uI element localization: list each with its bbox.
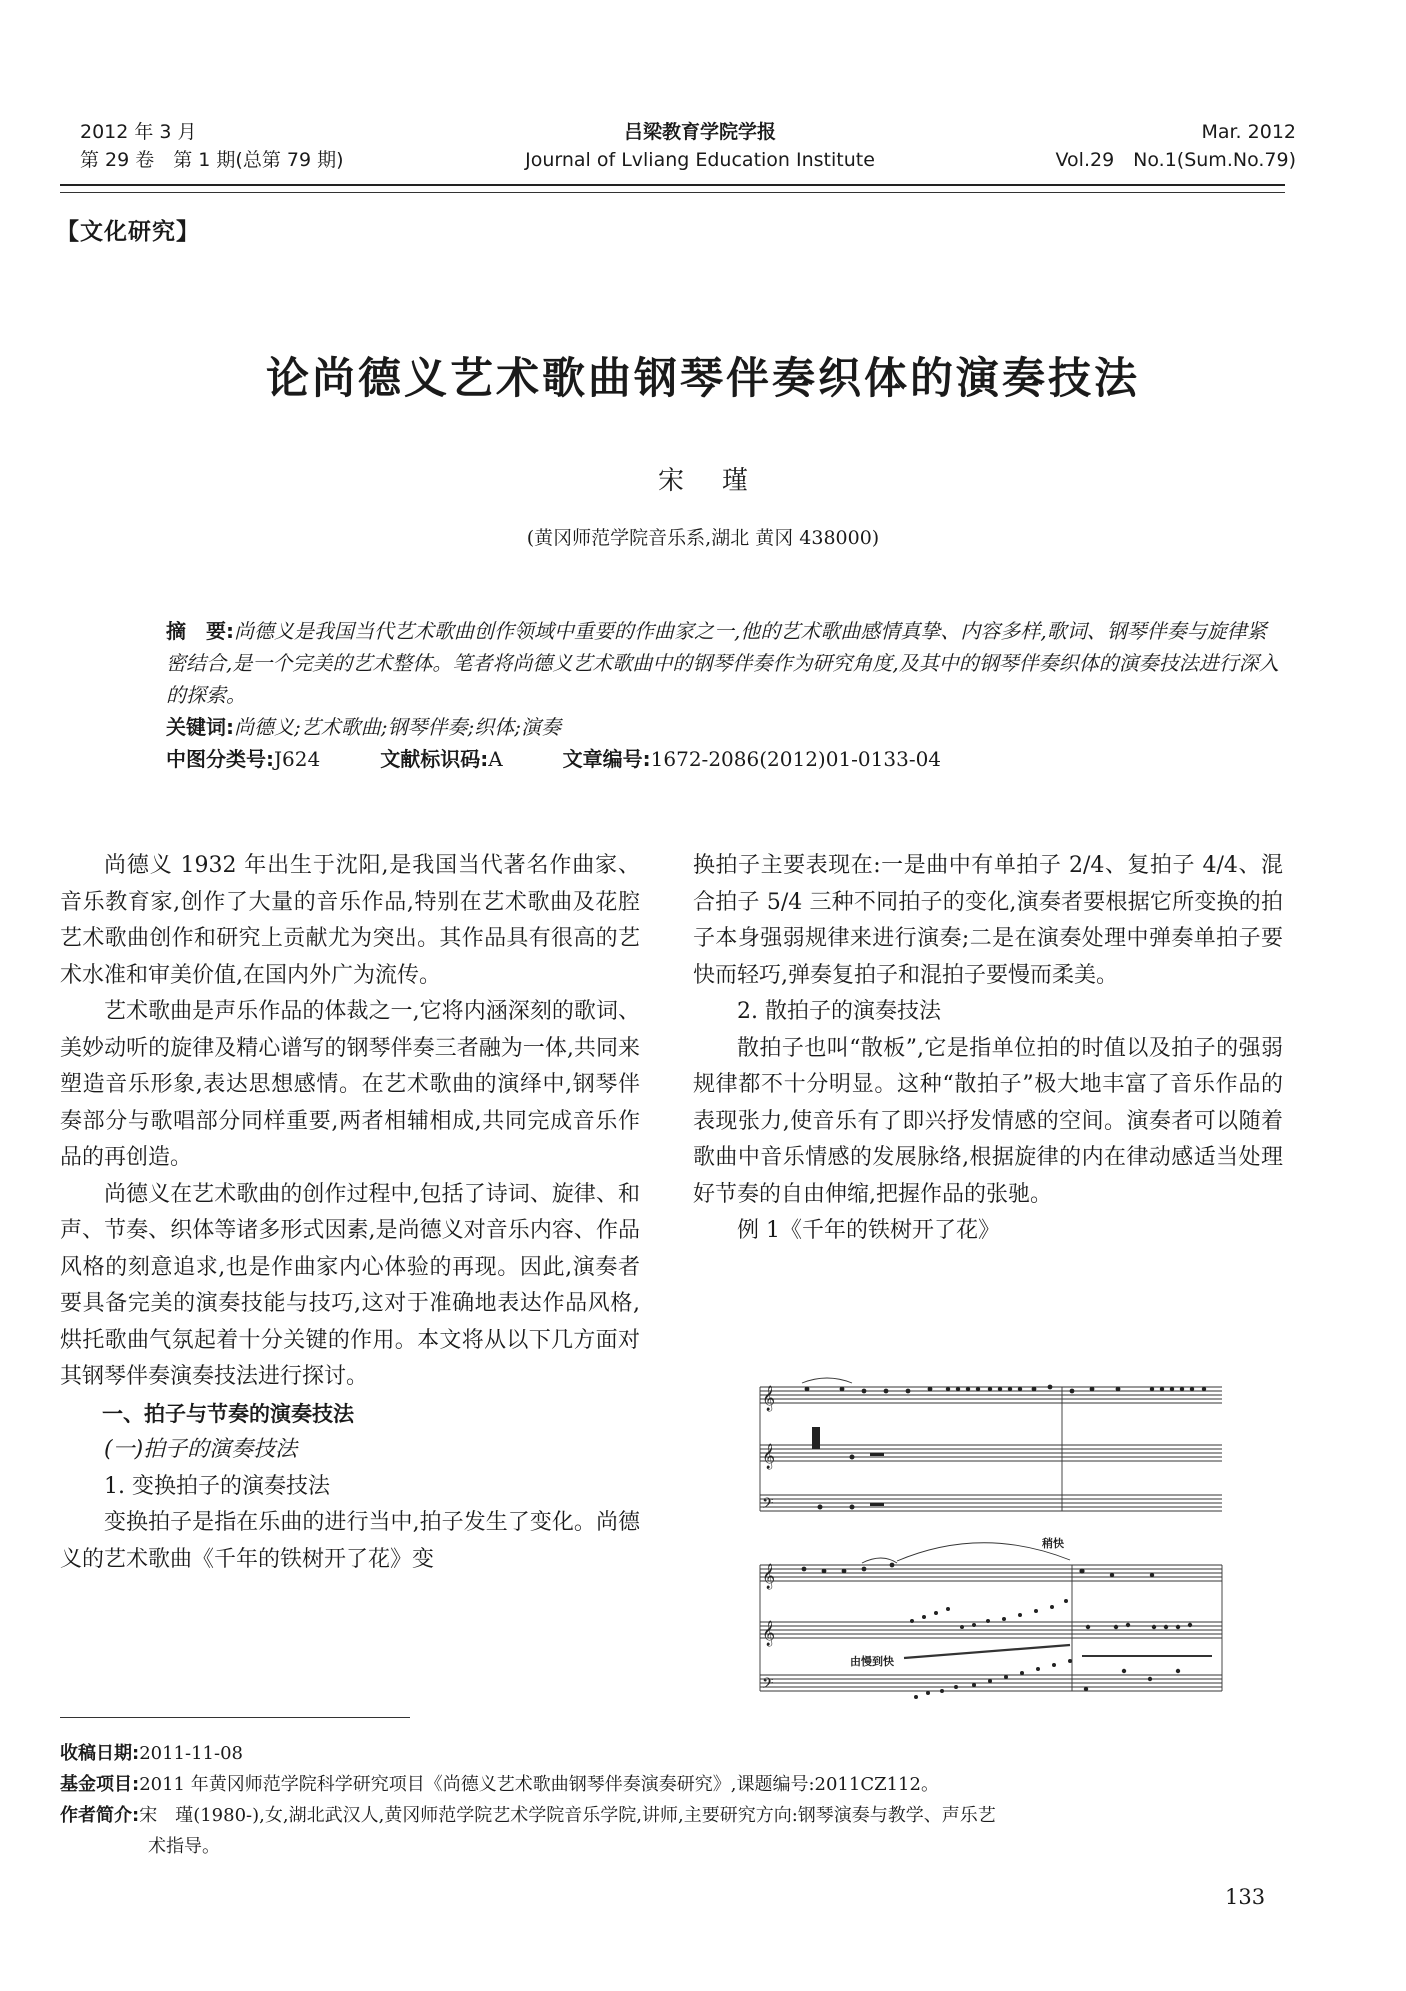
- svg-text:𝄢: 𝄢: [762, 1675, 774, 1696]
- section-heading-2: (一)拍子的演奏技法: [60, 1432, 640, 1469]
- paragraph: 换拍子主要表现在:一是曲中有单拍子 2/4、复拍子 4/4、混合拍子 5/4 三…: [693, 848, 1283, 994]
- clc-value: J624: [274, 747, 320, 771]
- paragraph: 散拍子也叫“散板”,它是指单位拍的时值以及拍子的强弱规律都不十分明显。这种“散拍…: [693, 1031, 1283, 1214]
- abstract-text: 尚德义是我国当代艺术歌曲创作领域中重要的作曲家之一,他的艺术歌曲感情真挚、内容多…: [166, 619, 1279, 707]
- section-tag: 【文化研究】: [56, 213, 200, 246]
- issue-date: 2012 年 3 月: [80, 118, 344, 146]
- journal-name-en: Journal of Lvliang Education Institute: [400, 146, 1000, 174]
- article-no-value: 1672-2086(2012)01-0133-04: [651, 747, 941, 771]
- doc-code-label: 文献标识码:: [380, 747, 488, 771]
- received-date: 收稿日期:2011-11-08: [60, 1738, 1300, 1769]
- doc-code: 文献标识码:A: [380, 743, 502, 775]
- classification-row: 中图分类号:J624 文献标识码:A 文章编号:1672-2086(2012)0…: [104, 743, 1279, 775]
- sheet-music-image: 𝄞 𝄞 𝄢 𝄞 𝄞 𝄢: [752, 1375, 1232, 1705]
- clc-label: 中图分类号:: [166, 747, 274, 771]
- journal-name-cn: 吕梁教育学院学报: [400, 118, 1000, 146]
- keywords-label: 关键词:: [166, 715, 234, 739]
- volume-issue: 第 29 卷 第 1 期(总第 79 期): [80, 146, 344, 174]
- example-caption: 例 1《千年的铁树开了花》: [693, 1213, 1283, 1250]
- svg-text:𝄢: 𝄢: [762, 1495, 774, 1516]
- abstract: 摘 要:尚德义是我国当代艺术歌曲创作领域中重要的作曲家之一,他的艺术歌曲感情真挚…: [104, 615, 1279, 711]
- clc-code: 中图分类号:J624: [166, 743, 320, 775]
- music-score-figure: 𝄞 𝄞 𝄢 𝄞 𝄞 𝄢: [752, 1375, 1232, 1705]
- section-heading-3: 1. 变换拍子的演奏技法: [60, 1469, 640, 1506]
- volume-issue-en: Vol.29 No.1(Sum.No.79): [1056, 146, 1296, 174]
- page-number: 133: [1225, 1885, 1265, 1909]
- abstract-block: 摘 要:尚德义是我国当代艺术歌曲创作领域中重要的作曲家之一,他的艺术歌曲感情真挚…: [104, 615, 1279, 775]
- doc-code-value: A: [488, 747, 502, 771]
- svg-text:𝄞: 𝄞: [762, 1443, 775, 1469]
- footnotes: 收稿日期:2011-11-08 基金项目:2011 年黄冈师范学院科学研究项目《…: [60, 1738, 1300, 1862]
- article-title: 论尚德义艺术歌曲钢琴伴奏织体的演奏技法: [100, 345, 1306, 406]
- abstract-label: 摘 要:: [166, 619, 234, 643]
- journal-name: 吕梁教育学院学报 Journal of Lvliang Education In…: [400, 118, 1000, 174]
- tempo-annotation: 稍快: [1041, 1536, 1064, 1550]
- svg-text:𝄞: 𝄞: [762, 1563, 775, 1589]
- keywords: 关键词:尚德义;艺术歌曲;钢琴伴奏;织体;演奏: [104, 711, 1279, 743]
- keywords-text: 尚德义;艺术歌曲;钢琴伴奏;织体;演奏: [234, 715, 561, 739]
- header-divider: [60, 184, 1285, 193]
- author-affiliation: (黄冈师范学院音乐系,湖北 黄冈 438000): [0, 523, 1406, 550]
- paragraph: 尚德义 1932 年出生于沈阳,是我国当代著名作曲家、音乐教育家,创作了大量的音…: [60, 848, 640, 994]
- section-heading-3: 2. 散拍子的演奏技法: [693, 994, 1283, 1031]
- article-number: 文章编号:1672-2086(2012)01-0133-04: [563, 743, 941, 775]
- paragraph: 变换拍子是指在乐曲的进行当中,拍子发生了变化。尚德义的艺术歌曲《千年的铁树开了花…: [60, 1505, 640, 1578]
- body-column-right: 换拍子主要表现在:一是曲中有单拍子 2/4、复拍子 4/4、混合拍子 5/4 三…: [693, 848, 1283, 1250]
- author-bio: 作者简介:宋 瑾(1980-),女,湖北武汉人,黄冈师范学院艺术学院音乐学院,讲…: [60, 1800, 1300, 1831]
- accelerando-annotation: 由慢到快: [850, 1654, 894, 1668]
- section-heading-1: 一、拍子与节奏的演奏技法: [60, 1396, 640, 1433]
- journal-date-volume: 2012 年 3 月 第 29 卷 第 1 期(总第 79 期): [80, 118, 344, 174]
- fund-label: 基金项目:: [60, 1774, 139, 1795]
- received-value: 2011-11-08: [139, 1743, 243, 1764]
- fund-project: 基金项目:2011 年黄冈师范学院科学研究项目《尚德义艺术歌曲钢琴伴奏演奏研究》…: [60, 1769, 1300, 1800]
- svg-text:𝄞: 𝄞: [762, 1385, 775, 1411]
- journal-date-volume-en: Mar. 2012 Vol.29 No.1(Sum.No.79): [1056, 118, 1296, 174]
- bio-text: 宋 瑾(1980-),女,湖北武汉人,黄冈师范学院艺术学院音乐学院,讲师,主要研…: [139, 1805, 996, 1826]
- issue-date-en: Mar. 2012: [1056, 118, 1296, 146]
- article-no-label: 文章编号:: [563, 747, 651, 771]
- footnote-divider: [60, 1717, 410, 1718]
- paragraph: 艺术歌曲是声乐作品的体裁之一,它将内涵深刻的歌词、美妙动听的旋律及精心谱写的钢琴…: [60, 994, 640, 1177]
- author-bio-continued: 术指导。: [60, 1831, 1300, 1862]
- fund-value: 2011 年黄冈师范学院科学研究项目《尚德义艺术歌曲钢琴伴奏演奏研究》,课题编号…: [139, 1774, 939, 1795]
- received-label: 收稿日期:: [60, 1743, 139, 1764]
- author-name: 宋瑾: [0, 460, 1406, 497]
- svg-text:𝄞: 𝄞: [762, 1620, 775, 1646]
- body-column-left: 尚德义 1932 年出生于沈阳,是我国当代著名作曲家、音乐教育家,创作了大量的音…: [60, 848, 640, 1578]
- bio-label: 作者简介:: [60, 1805, 139, 1826]
- paragraph: 尚德义在艺术歌曲的创作过程中,包括了诗词、旋律、和声、节奏、织体等诸多形式因素,…: [60, 1177, 640, 1396]
